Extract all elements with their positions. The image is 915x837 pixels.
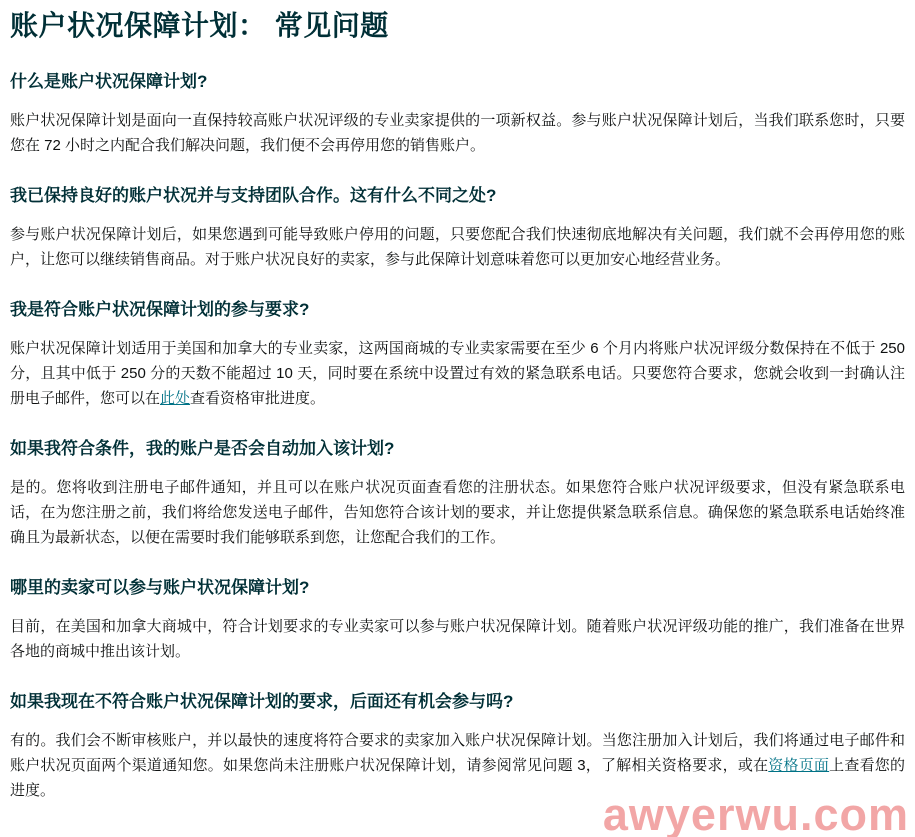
faq-section: 如果我现在不符合账户状况保障计划的要求，后面还有机会参与吗?有的。我们会不断审核… <box>10 692 905 803</box>
faq-section: 如果我符合条件，我的账户是否会自动加入该计划?是的。您将收到注册电子邮件通知，并… <box>10 439 905 550</box>
answer-text: 是的。您将收到注册电子邮件通知，并且可以在账户状况页面查看您的注册状态。如果您符… <box>10 479 905 546</box>
faq-section-list: 什么是账户状况保障计划?账户状况保障计划是面向一直保持较高账户状况评级的专业卖家… <box>10 72 905 803</box>
answer-text: 目前，在美国和加拿大商城中，符合计划要求的专业卖家可以参与账户状况保障计划。随着… <box>10 618 905 660</box>
faq-answer: 有的。我们会不断审核账户，并以最快的速度将符合要求的卖家加入账户状况保障计划。当… <box>10 728 905 803</box>
faq-question: 我是符合账户状况保障计划的参与要求? <box>10 300 905 320</box>
answer-text: 参与账户状况保障计划后，如果您遇到可能导致账户停用的问题，只要您配合我们快速彻底… <box>10 226 905 268</box>
faq-answer: 是的。您将收到注册电子邮件通知，并且可以在账户状况页面查看您的注册状态。如果您符… <box>10 475 905 550</box>
faq-question: 哪里的卖家可以参与账户状况保障计划? <box>10 578 905 598</box>
faq-section: 我已保持良好的账户状况并与支持团队合作。这有什么不同之处?参与账户状况保障计划后… <box>10 186 905 272</box>
answer-text: 账户状况保障计划适用于美国和加拿大的专业卖家，这两国商城的专业卖家需要在至少 6… <box>10 340 905 407</box>
faq-answer: 账户状况保障计划是面向一直保持较高账户状况评级的专业卖家提供的一项新权益。参与账… <box>10 108 905 158</box>
faq-question: 如果我现在不符合账户状况保障计划的要求，后面还有机会参与吗? <box>10 692 905 712</box>
faq-question: 什么是账户状况保障计划? <box>10 72 905 92</box>
inline-link[interactable]: 此处 <box>160 390 190 407</box>
faq-answer: 账户状况保障计划适用于美国和加拿大的专业卖家，这两国商城的专业卖家需要在至少 6… <box>10 336 905 411</box>
inline-link[interactable]: 资格页面 <box>768 757 829 774</box>
faq-section: 什么是账户状况保障计划?账户状况保障计划是面向一直保持较高账户状况评级的专业卖家… <box>10 72 905 158</box>
answer-text: 查看资格审批进度。 <box>190 390 325 407</box>
faq-section: 哪里的卖家可以参与账户状况保障计划?目前，在美国和加拿大商城中，符合计划要求的专… <box>10 578 905 664</box>
faq-question: 如果我符合条件，我的账户是否会自动加入该计划? <box>10 439 905 459</box>
page-title: 账户状况保障计划： 常见问题 <box>10 8 905 44</box>
faq-answer: 目前，在美国和加拿大商城中，符合计划要求的专业卖家可以参与账户状况保障计划。随着… <box>10 614 905 664</box>
answer-text: 账户状况保障计划是面向一直保持较高账户状况评级的专业卖家提供的一项新权益。参与账… <box>10 112 905 154</box>
faq-answer: 参与账户状况保障计划后，如果您遇到可能导致账户停用的问题，只要您配合我们快速彻底… <box>10 222 905 272</box>
faq-question: 我已保持良好的账户状况并与支持团队合作。这有什么不同之处? <box>10 186 905 206</box>
faq-section: 我是符合账户状况保障计划的参与要求?账户状况保障计划适用于美国和加拿大的专业卖家… <box>10 300 905 411</box>
faq-page: 账户状况保障计划： 常见问题 什么是账户状况保障计划?账户状况保障计划是面向一直… <box>0 0 915 837</box>
